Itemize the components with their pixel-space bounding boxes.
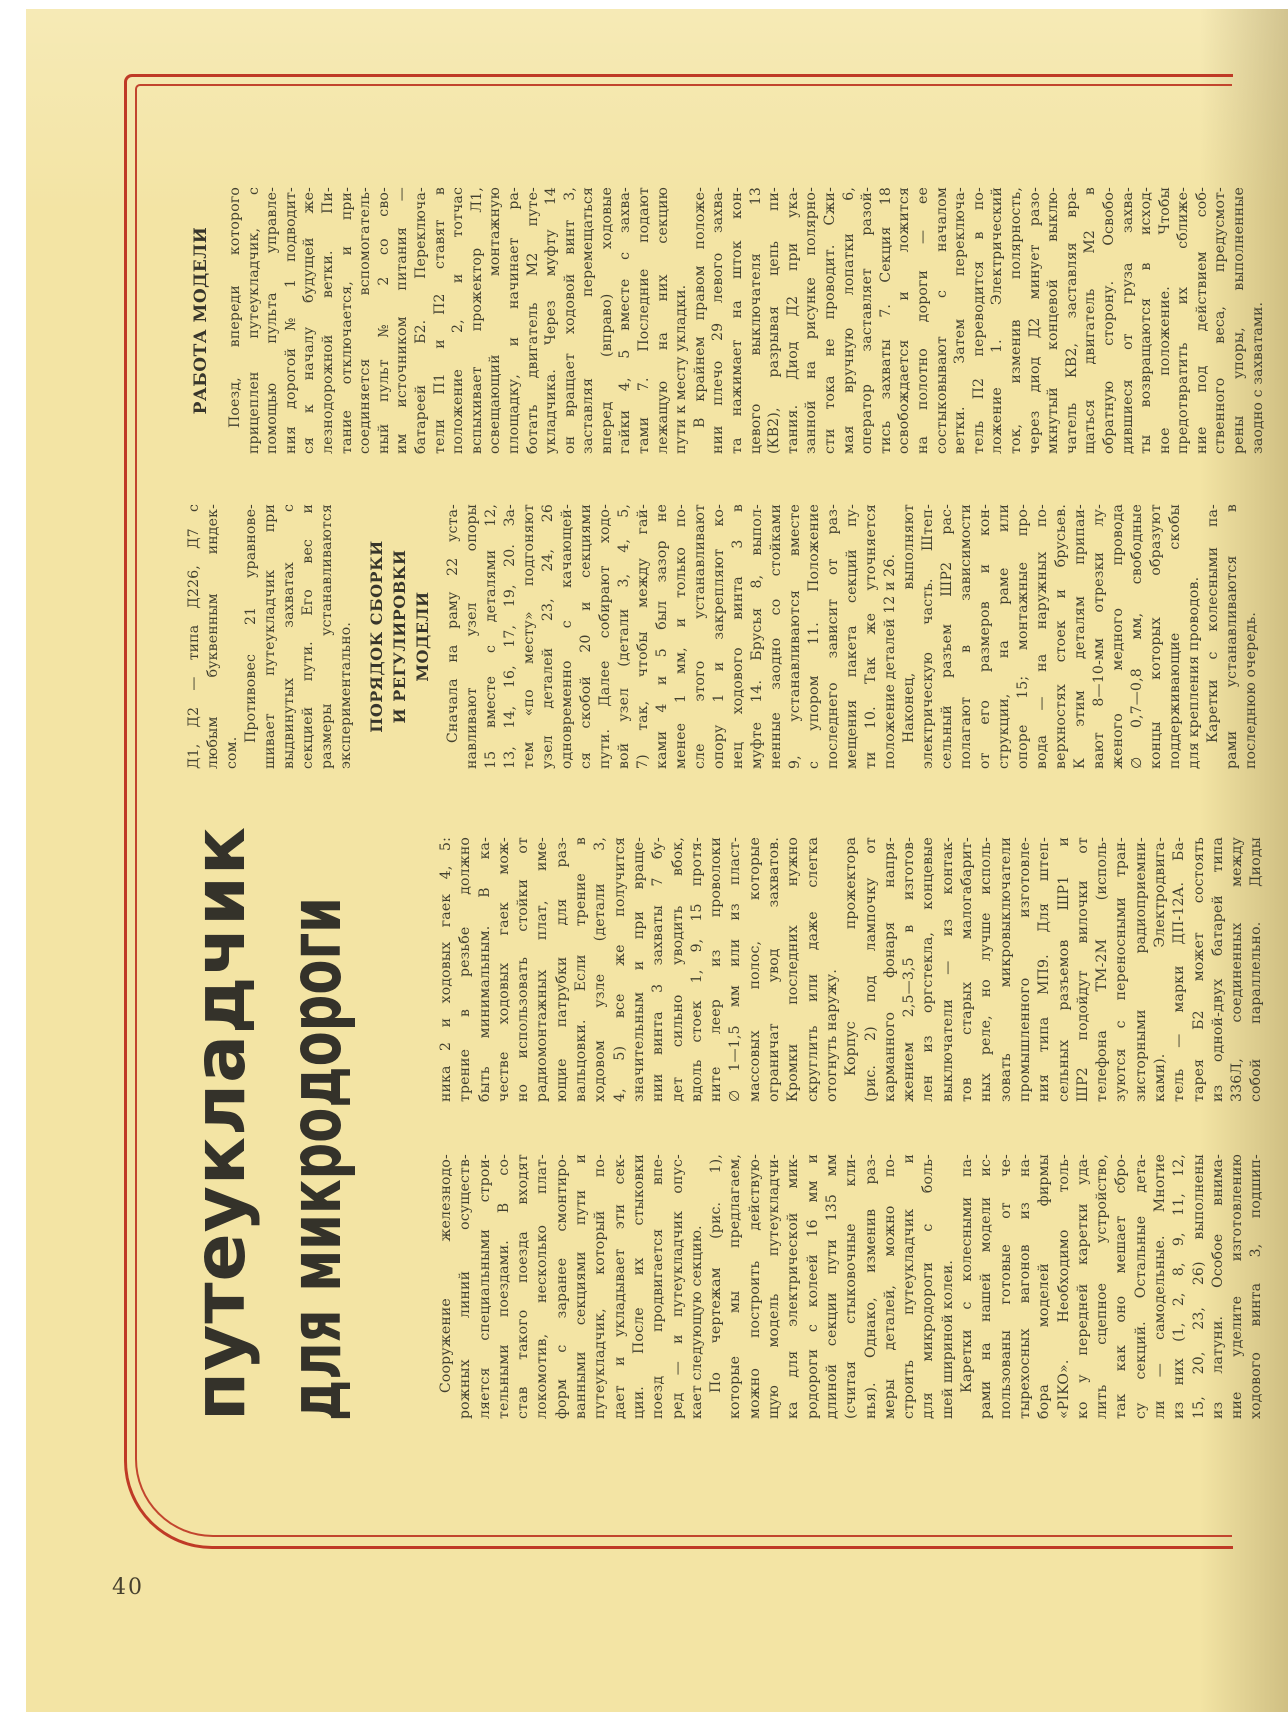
text-line: лен из оргстекла, концевые xyxy=(919,837,938,1102)
text-line: выдвинутых захватах с xyxy=(280,504,299,769)
text-line: от его размеров и кон- xyxy=(976,504,995,769)
text-line: из них (1, 2, 8, 9, 11, 12, xyxy=(1170,1154,1189,1419)
text-line: ся скобой 20 и секциями xyxy=(577,504,596,769)
page-paper: путеукладчик для микродороги Сооружение … xyxy=(26,9,1288,1712)
text-column-3-body: Сначала на раму 22 уста-навливают узел о… xyxy=(444,504,1261,769)
text-line: нья). Однако, изменив раз- xyxy=(862,1154,881,1419)
text-line: отогнуть наружу. xyxy=(823,837,842,1102)
text-line: тели П1 и П2 ставят в xyxy=(431,187,450,454)
text-line: ника 2 и ходовых гаек 4, 5: xyxy=(437,837,456,1102)
text-line: ляется специальными строи- xyxy=(476,1154,495,1419)
text-line: состыковывают с началом xyxy=(933,187,952,454)
text-line: тарея Б2 может состоять xyxy=(1190,837,1209,1102)
text-line: (КВ2), разрывая цепь пи- xyxy=(765,187,784,454)
text-line: трение в резьбе должно xyxy=(456,837,475,1102)
text-line: В крайнем правом положе- xyxy=(691,187,710,454)
text-line: лезнодорожной ветки. Пи- xyxy=(319,187,338,454)
text-line: тель П2 переводится в по- xyxy=(970,187,989,454)
text-line: массовых полос, которые xyxy=(746,837,765,1102)
article-title-line-2: для микродороги xyxy=(276,897,356,1421)
text-line: заодно с захватами. xyxy=(1249,187,1268,454)
text-line: пути к месту укладки. xyxy=(672,187,691,454)
text-line: из латуни. Особое внима- xyxy=(1209,1154,1228,1419)
text-line: ложение 1. Электрический xyxy=(988,187,1007,454)
text-line: Сначала на раму 22 уста- xyxy=(444,504,463,769)
text-line: так как оно мешает сбро- xyxy=(1112,1154,1131,1419)
text-column-1: Сооружение железнодо-рожных линий осущес… xyxy=(437,1154,1267,1419)
text-line: мещения пакета секций пу- xyxy=(843,504,862,769)
text-line: струкции, на раме или xyxy=(995,504,1014,769)
text-line: цевого выключателя 13 xyxy=(747,187,766,454)
text-line: нец ходового винта 3 в xyxy=(729,504,748,769)
text-line: собой параллельно. Диоды xyxy=(1247,837,1266,1102)
text-line: ный пульт № 2 со сво- xyxy=(375,187,394,454)
text-line: вода — на наружных по- xyxy=(1033,504,1052,769)
text-column-4: РАБОТА МОДЕЛИ Поезд, впереди которогопри… xyxy=(188,187,1267,454)
text-line: ции. После их стыковки xyxy=(630,1154,649,1419)
text-line: тырехосных вагонов из на- xyxy=(1016,1154,1035,1419)
text-line: Поезд, впереди которого xyxy=(226,187,245,454)
text-line: для микродороги с боль- xyxy=(919,1154,938,1419)
text-line: на полотно дороги — ее xyxy=(914,187,933,454)
text-line: 336Л, соединенных между xyxy=(1228,837,1247,1102)
text-line: гайки 4, 5 вместе с захва- xyxy=(616,187,635,454)
text-line: лить сцепное устройство, xyxy=(1093,1154,1112,1419)
text-line: женого медного провода xyxy=(1109,504,1128,769)
text-line: которые мы предлагаем, xyxy=(726,1154,745,1419)
text-line: 7) так, чтобы между гай- xyxy=(634,504,653,769)
text-line: бора моделей фирмы xyxy=(1035,1154,1054,1419)
text-line: дившиеся от груза захва- xyxy=(1119,187,1138,454)
text-line: путеукладчик, который по- xyxy=(591,1154,610,1419)
text-line: (рис. 2) под лампочку от xyxy=(862,837,881,1102)
text-line: рожных линий осуществ- xyxy=(456,1154,475,1419)
text-line: Д1, Д2 — типа Д226, Д7 с xyxy=(185,504,204,769)
text-line: ты возвращаются в исход- xyxy=(1137,187,1156,454)
text-line: тов старых малогабарит- xyxy=(958,837,977,1102)
text-line: полагают в зависимости xyxy=(957,504,976,769)
text-line: менее 1 мм, и только по- xyxy=(672,504,691,769)
text-line: тем «по месту» подгоняют xyxy=(520,504,539,769)
text-line: занной на рисунке полярно- xyxy=(802,187,821,454)
text-line: кает следующую секцию. xyxy=(688,1154,707,1419)
text-line: Каретки с колесными па- xyxy=(958,1154,977,1419)
text-line: электрическую часть. Штеп- xyxy=(919,504,938,769)
text-line: выключатели — из контак- xyxy=(939,837,958,1102)
text-line: секцией пути. Его вес и xyxy=(299,504,318,769)
text-line: ∅ 0,7—0,8 мм, свободные xyxy=(1128,504,1147,769)
text-line: из одной-двух батарей типа xyxy=(1209,837,1228,1102)
assembly-heading-line: И РЕГУЛИРОВКИ xyxy=(388,504,411,769)
text-line: ся к началу будущей же- xyxy=(300,187,319,454)
text-line: телефона ТМ-2М (исполь- xyxy=(1093,837,1112,1102)
text-line: «PIKO». Необходимо толь- xyxy=(1055,1154,1074,1419)
text-line: ния дорогой № 1 подводит- xyxy=(282,187,301,454)
text-line: лежащую на них секцию xyxy=(654,187,673,454)
text-line: ками 4 и 5 был зазор не xyxy=(653,504,672,769)
text-line: 13, 14, 16, 17, 19, 20. За- xyxy=(501,504,520,769)
text-line: ния типа МП9. Для штеп- xyxy=(1035,837,1054,1102)
text-line: ходовом узле (детали 3, xyxy=(591,837,610,1102)
text-line: ственного веса, предусмот- xyxy=(1211,187,1230,454)
text-line: ние уделите изготовлению xyxy=(1228,1154,1247,1419)
text-line: соединяется вспомогатель- xyxy=(356,187,375,454)
text-line: прицеплен путеукладчик, с xyxy=(245,187,264,454)
text-column-2: ника 2 и ходовых гаек 4, 5:трение в резь… xyxy=(437,837,1267,1102)
text-line: став такого поезда входят xyxy=(514,1154,533,1419)
text-line: тания. Диод Д2 при ука- xyxy=(784,187,803,454)
text-line: строить путеукладчик и xyxy=(900,1154,919,1419)
text-line: вают 8—10-мм отрезки лу- xyxy=(1090,504,1109,769)
text-line: меры деталей, можно по- xyxy=(881,1154,900,1419)
text-line: сти тока не проводит. Сжи- xyxy=(821,187,840,454)
text-line: вспыхивает прожектор Л1, xyxy=(468,187,487,454)
text-line: щую модель путеукладчи- xyxy=(765,1154,784,1419)
text-line: нии винта 3 захваты 7 бу- xyxy=(649,837,668,1102)
text-line: 9, устанавливаются вместе xyxy=(786,504,805,769)
text-line: площадку, и начинает ра- xyxy=(505,187,524,454)
page-number: 40 xyxy=(112,1575,144,1600)
text-line: Сооружение железнодо- xyxy=(437,1154,456,1419)
scanned-page: путеукладчик для микродороги Сооружение … xyxy=(0,0,1288,1712)
text-line: 15, 20, 23, 26) выполнены xyxy=(1190,1154,1209,1419)
text-line: К этим деталям припаи- xyxy=(1071,504,1090,769)
text-line: но использовать стойки от xyxy=(514,837,533,1102)
article-title-line-1: путеукладчик xyxy=(180,693,260,1421)
text-line: локомотив, несколько плат- xyxy=(533,1154,552,1419)
text-line: экспериментально. xyxy=(337,504,356,769)
text-line: 4, 5) все же получится xyxy=(611,837,630,1102)
text-line: тель — марки ДП-12А. Ба- xyxy=(1170,837,1189,1102)
text-line: для крепления проводов. xyxy=(1185,504,1204,769)
text-line: 15 вместе с деталями 12, xyxy=(482,504,501,769)
text-line: ненные заодно со стойками xyxy=(767,504,786,769)
text-line: быть минимальным. В ка- xyxy=(476,837,495,1102)
text-line: сле этого устанавливают xyxy=(691,504,710,769)
text-line: (считая стыковочные кли- xyxy=(842,1154,861,1419)
text-line: родороги с колеей 16 мм и xyxy=(804,1154,823,1419)
text-line: скруглить или даже слегка xyxy=(804,837,823,1102)
assembly-section-heading: ПОРЯДОК СБОРКИ И РЕГУЛИРОВКИ МОДЕЛИ xyxy=(365,504,434,769)
text-line: рены упоры, выполненные xyxy=(1230,187,1249,454)
article-title: путеукладчик для микродороги xyxy=(180,693,356,1421)
text-line: ботать двигатель М2 путе- xyxy=(524,187,543,454)
text-line: та нажимает на шток кон- xyxy=(728,187,747,454)
text-line: сельный разъем ШР2 рас- xyxy=(938,504,957,769)
text-line: муфте 14. Брусья 8, выпол- xyxy=(748,504,767,769)
text-line: радиомонтажных плат, име- xyxy=(533,837,552,1102)
text-line: ните леер из проволоки xyxy=(707,837,726,1102)
text-line: шивает путеукладчик при xyxy=(261,504,280,769)
text-line: батареей Б2. Переключа- xyxy=(412,187,431,454)
text-line: длиной секции пути 135 мм xyxy=(823,1154,842,1419)
text-line: оператор заставляет разой- xyxy=(858,187,877,454)
text-line: укладчика. Через муфту 14 xyxy=(542,187,561,454)
text-line: ветки. Затем переключа- xyxy=(951,187,970,454)
text-column-3-intro: Д1, Д2 — типа Д226, Д7 слюбым буквенным … xyxy=(185,504,356,769)
text-column-3: Д1, Д2 — типа Д226, Д7 слюбым буквенным … xyxy=(185,504,1261,769)
text-line: ко у передней каретки уда- xyxy=(1074,1154,1093,1419)
text-line: ли — самодельные. Многие xyxy=(1151,1154,1170,1419)
text-line: опоре 15; монтажные про- xyxy=(1014,504,1033,769)
text-line: Противовес 21 уравнове- xyxy=(242,504,261,769)
text-line: ограничат увод захватов. xyxy=(765,837,784,1102)
text-line: ками). Электродвига- xyxy=(1151,837,1170,1102)
text-line: ти 10. Так же уточняется xyxy=(862,504,881,769)
text-line: промышленного изготовле- xyxy=(1016,837,1035,1102)
text-line: им источником питания — xyxy=(393,187,412,454)
text-line: положение деталей 12 и 26. xyxy=(881,504,900,769)
text-line: Каретки с колесными па- xyxy=(1204,504,1223,769)
text-line: пользованы готовые от че- xyxy=(997,1154,1016,1419)
text-line: мкнутый концевой выклю- xyxy=(1044,187,1063,454)
text-line: ванными секциями пути и xyxy=(572,1154,591,1419)
text-line: ное положение. Чтобы xyxy=(1156,187,1175,454)
text-line: су секций. Остальные дета- xyxy=(1132,1154,1151,1419)
text-line: ных реле, но лучше исполь- xyxy=(977,837,996,1102)
text-line: зисторными радиоприемни- xyxy=(1132,837,1151,1102)
text-line: ∅ 1—1,5 мм или из пласт- xyxy=(726,837,745,1102)
text-line: ние под действием соб- xyxy=(1193,187,1212,454)
text-line: ред — и путеукладчик опус- xyxy=(669,1154,688,1419)
text-line: вперед (вправо) ходовые xyxy=(598,187,617,454)
text-line: заставляя перемещаться xyxy=(579,187,598,454)
text-line: карманного фонаря напря- xyxy=(881,837,900,1102)
article-rotated-content: путеукладчик для микродороги Сооружение … xyxy=(130,59,1270,1549)
text-line: ШР2 подойдут вилочки от xyxy=(1074,837,1093,1102)
text-line: вой узел (детали 3, 4, 5, xyxy=(615,504,634,769)
text-line: честве ходовых гаек мож- xyxy=(495,837,514,1102)
text-line: узел деталей 23, 24, 26 xyxy=(539,504,558,769)
text-line: тами 7. Последние подают xyxy=(635,187,654,454)
operation-section-heading: РАБОТА МОДЕЛИ xyxy=(188,187,214,454)
text-column-4-body: Поезд, впереди которогоприцеплен путеукл… xyxy=(226,187,1267,454)
text-line: тись захваты 7. Секция 18 xyxy=(877,187,896,454)
text-line: можно построить действую- xyxy=(746,1154,765,1419)
text-line: зуются с переносными тран- xyxy=(1112,837,1131,1102)
text-line: через диод Д2 минует разо- xyxy=(1026,187,1045,454)
assembly-heading-line: ПОРЯДОК СБОРКИ xyxy=(365,504,388,769)
text-line: ющие патрубки для раз- xyxy=(553,837,572,1102)
text-line: предотвратить их сближе- xyxy=(1174,187,1193,454)
text-line: освещающий монтажную xyxy=(486,187,505,454)
text-line: дет сильно уводить вбок, xyxy=(669,837,688,1102)
text-line: последнего зависит от раз- xyxy=(824,504,843,769)
text-line: ток, изменив полярность, xyxy=(1007,187,1026,454)
text-line: чатель КВ2, заставляя вра- xyxy=(1063,187,1082,454)
text-line: Наконец, выполняют xyxy=(900,504,919,769)
text-line: пути. Далее собирают ходо- xyxy=(596,504,615,769)
text-line: опору 1 и закрепляют ко- xyxy=(710,504,729,769)
text-line: верхностях стоек и брусьев. xyxy=(1052,504,1071,769)
text-line: форм с заранее смонтиро- xyxy=(553,1154,572,1419)
text-line: сельных разъемов ШР1 и xyxy=(1055,837,1074,1102)
text-line: концы которых образуют xyxy=(1147,504,1166,769)
text-line: вальцовки. Если трение в xyxy=(572,837,591,1102)
text-line: вдоль стоек 1, 9, 15 протя- xyxy=(688,837,707,1102)
text-line: он вращает ходовой винт 3, xyxy=(561,187,580,454)
text-line: щаться двигатель М2 в xyxy=(1081,187,1100,454)
text-line: шей шириной колеи. xyxy=(939,1154,958,1419)
text-line: поезд продвигается впе- xyxy=(649,1154,668,1419)
text-line: ходового винта 3, подшип- xyxy=(1247,1154,1266,1419)
text-line: рами устанавливаются в xyxy=(1223,504,1242,769)
text-line: зовать микровыключатели xyxy=(997,837,1016,1102)
text-line: положение 2, и тотчас xyxy=(449,187,468,454)
text-line: любым буквенным индек- xyxy=(204,504,223,769)
text-line: ка для электрической мик- xyxy=(784,1154,803,1419)
text-line: освобождается и ложится xyxy=(895,187,914,454)
text-line: одновременно с качающей- xyxy=(558,504,577,769)
text-line: нии плечо 29 левого захва- xyxy=(709,187,728,454)
text-line: дает и укладывает эти сек- xyxy=(611,1154,630,1419)
text-line: с упором 11. Положение xyxy=(805,504,824,769)
assembly-heading-line: МОДЕЛИ xyxy=(411,504,434,769)
text-line: рами на нашей модели ис- xyxy=(977,1154,996,1419)
text-line: тание отключается, и при- xyxy=(338,187,357,454)
text-line: навливают узел опоры xyxy=(463,504,482,769)
text-line: обратную сторону. Освобо- xyxy=(1100,187,1119,454)
text-line: помощью пульта управле- xyxy=(263,187,282,454)
text-line: жением 2,5—3,5 в изготов- xyxy=(900,837,919,1102)
text-line: значительным и при враще- xyxy=(630,837,649,1102)
text-line: поддерживающие скобы xyxy=(1166,504,1185,769)
text-line: тельными поездами. В со- xyxy=(495,1154,514,1419)
text-line: мая вручную лопатки 6, xyxy=(840,187,859,454)
text-line: размеры устанавливаются xyxy=(318,504,337,769)
text-line: Корпус прожектора xyxy=(842,837,861,1102)
text-line: Кромки последних нужно xyxy=(784,837,803,1102)
text-line: сом. xyxy=(223,504,242,769)
text-line: последнюю очередь. xyxy=(1242,504,1261,769)
text-line: По чертежам (рис. 1), xyxy=(707,1154,726,1419)
